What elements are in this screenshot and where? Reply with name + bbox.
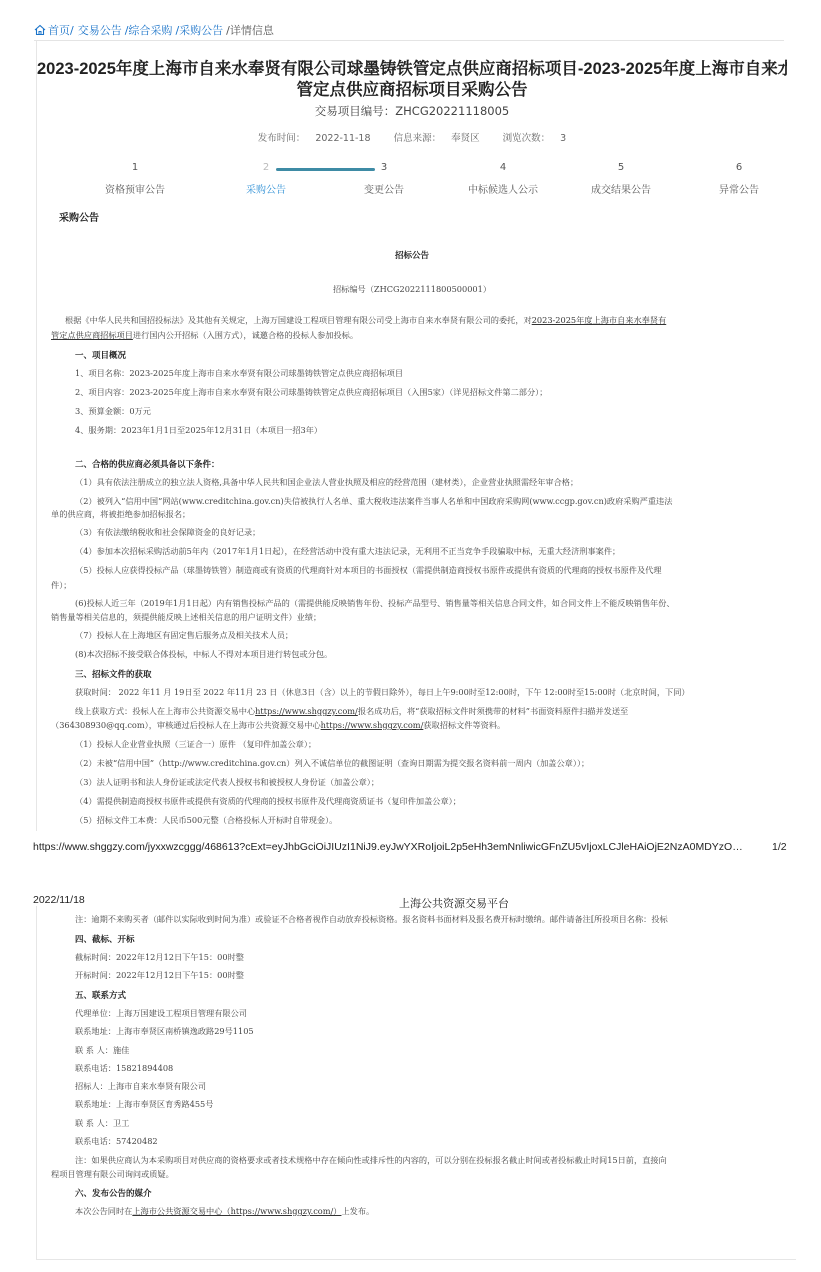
publish-time: 发布时间：2022-11-18: [253, 133, 376, 144]
breadcrumb-comprehensive-procurement[interactable]: /综合采购: [125, 22, 173, 38]
s1-item: 2、项目内容：2023-2025年度上海市自来水奉贤有限公司球墨铸铁管定点供应商…: [75, 387, 547, 398]
note-challenge: 注：如果供应商认为本采购项目对供应商的资格要求或者技术规格中存在倾向性或排斥性的…: [75, 1155, 787, 1166]
intro-paragraph: 根据《中华人民共和国招投标法》及其他有关规定，上海万国建设工程项目管理有限公司受…: [65, 315, 787, 326]
s2-item: （2）被列入“信用中国”网站(www.creditchina.gov.cn)失信…: [75, 496, 787, 507]
print-footer-page: 1/2: [772, 841, 787, 853]
online-acquisition: 线上获取方式：投标人在上海市公共资源交易中心https://www.shggzy…: [75, 706, 787, 717]
intro-paragraph-cont: 管定点供应商招标项目进行国内公开招标（入围方式），诚邀合格的投标人参加投标。: [51, 330, 787, 341]
media-line: 本次公告同时在上海市公共资源交易中心（https://www.shggzy.co…: [75, 1206, 374, 1217]
online-acquisition-cont: （364308930@qq.com），审核通过后投标人在上海市公共资源交易中心h…: [51, 720, 787, 731]
project-number-label: 交易项目编号：: [315, 104, 396, 118]
step-procurement-notice[interactable]: 2 采购公告: [206, 161, 326, 198]
step-abnormal-notice[interactable]: 6 异常公告: [679, 161, 796, 198]
breadcrumb-detail: /详情信息: [226, 22, 274, 38]
s2-item: （7）投标人在上海地区有固定售后服务点及相关技术人员；: [75, 630, 293, 641]
page-title: 2023-2025年度上海市自来水奉贤有限公司球墨铸铁管定点供应商招标项目-20…: [37, 59, 787, 101]
project-link[interactable]: 2023-2025年度上海市自来水奉贤有: [532, 315, 667, 325]
print-footer-url: https://www.shggzy.com/jyxxwzcggg/468613…: [33, 841, 758, 853]
contact-line: 联系电话：57420482: [75, 1136, 158, 1147]
note-challenge-cont: 程项目管理有限公司询问或质疑。: [51, 1169, 174, 1180]
open-time: 开标时间：2022年12月12日下午15：00时整: [75, 970, 244, 981]
bid-number: 招标编号（ZHCG2022111800500001）: [37, 284, 787, 295]
section-title: 采购公告: [59, 209, 99, 224]
breadcrumb-trade-notices[interactable]: 交易公告: [78, 22, 122, 38]
s2-item-cont: 件）；: [51, 580, 71, 591]
s2-item: （3）有依法缴纳税收和社会保障资金的良好记录；: [75, 527, 260, 538]
section-2-title: 二、合格的供应商必须具备以下条件：: [75, 458, 220, 470]
s3-item: （4）需提供制造商授权书原件或提供有资质的代理商的授权书原件及代理商资质证书（复…: [75, 796, 461, 807]
contact-line: 代理单位：上海万国建设工程项目管理有限公司: [75, 1008, 247, 1019]
doc-heading: 招标公告: [37, 249, 787, 261]
notice-stage-steps: 1 资格预审公告 2 采购公告 3 变更公告 4 中标候选人公示 5 成交结果公…: [37, 161, 796, 201]
project-number: 交易项目编号：ZHCG20221118005: [37, 103, 787, 119]
step-change-notice[interactable]: 3 变更公告: [324, 161, 444, 198]
section-3-title: 三、招标文件的获取: [75, 668, 152, 680]
s3-item: （2）未被“信用中国”（http://www.creditchina.gov.c…: [75, 758, 589, 769]
s3-item: （5）招标文件工本费：人民币500元整（合格投标人开标时自带现金）。: [75, 815, 337, 826]
step-prequalification[interactable]: 1 资格预审公告: [75, 161, 195, 198]
s2-item: (8)本次招标不接受联合体投标，中标人不得对本项目进行转包或分包。: [75, 649, 332, 660]
s1-item: 4、服务期：2023年1月1日至2025年12月31日（本项目一招3年）: [75, 425, 322, 436]
shggzy-link[interactable]: https://www.shggzy.com/: [321, 720, 424, 730]
s2-item: （5）投标人应获得投标产品（球墨铸铁管）制造商或有资质的代理商针对本项目的书面授…: [75, 565, 787, 576]
section-4-title: 四、截标、开标: [75, 933, 135, 945]
breadcrumb-home[interactable]: 首页/: [48, 22, 74, 38]
s1-item: 1、项目名称：2023-2025年度上海市自来水奉贤有限公司球墨铸铁管定点供应商…: [75, 368, 403, 379]
project-link-cont[interactable]: 管定点供应商招标项目: [51, 330, 133, 340]
page-title-line-2: 管定点供应商招标项目采购公告: [37, 80, 787, 101]
s2-item-cont: 销售量等相关信息的，须提供能反映上述相关信息的用户证明文件）业绩；: [51, 612, 787, 623]
project-number-value: ZHCG20221118005: [395, 104, 509, 118]
step-result-notice[interactable]: 5 成交结果公告: [561, 161, 681, 198]
section-5-title: 五、联系方式: [75, 989, 126, 1001]
contact-line: 招标人：上海市自来水奉贤有限公司: [75, 1081, 206, 1092]
notice-page-1: 2023-2025年度上海市自来水奉贤有限公司球墨铸铁管定点供应商招标项目-20…: [36, 41, 796, 831]
s2-item: （1）具有依法注册成立的独立法人资格,具备中华人民共和国企业法人营业执照及相应的…: [75, 477, 787, 488]
s2-item: （4）参加本次招标采购活动前5年内（2017年1月1日起），在经营活动中没有重大…: [75, 546, 787, 557]
contact-line: 联系电话：15821894408: [75, 1063, 173, 1074]
close-time: 截标时间：2022年12月12日下午15：00时整: [75, 952, 244, 963]
contact-line: 联 系 人：卫工: [75, 1118, 129, 1129]
s2-item-cont: 单的供应商，将被拒绝参加招标报名；: [51, 509, 787, 520]
contact-line: 联系地址：上海市奉贤区南桥镇逸政路29号1105: [75, 1026, 254, 1037]
step-candidate-publicity[interactable]: 4 中标候选人公示: [443, 161, 563, 198]
view-count: 浏览次数：3: [498, 133, 572, 144]
s1-item: 3、预算金额：0万元: [75, 406, 151, 417]
section-1-title: 一、项目概况: [75, 349, 126, 361]
page-title-line-1: 2023-2025年度上海市自来水奉贤有限公司球墨铸铁管定点供应商招标项目-20…: [37, 59, 787, 80]
s3-item: （3）法人证明书和法人身份证或法定代表人授权书和被授权人身份证（加盖公章）；: [75, 777, 379, 788]
contact-line: 联系地址：上海市奉贤区育秀路455号: [75, 1099, 213, 1110]
note-registration: 注：逾期不来购买者（邮件以实际收到时间为准）或验证不合格者视作自动放弃投标资格。…: [75, 914, 787, 925]
acquisition-time: 获取时间： 2022 年11 月 19日至 2022 年11月 23 日（休息3…: [75, 687, 787, 698]
info-source: 信息来源：奉贤区: [389, 133, 485, 144]
s3-item: （1）投标人企业营业执照（三证合一）原件 （复印件加盖公章）；: [75, 739, 316, 750]
contact-line: 联 系 人：施佳: [75, 1045, 129, 1056]
media-link[interactable]: 上海市公共资源交易中心（https://www.shggzy.com/）: [132, 1206, 341, 1216]
breadcrumb-procurement-notice[interactable]: /采购公告: [175, 22, 223, 38]
notice-page-2: 注：逾期不来购买者（邮件以实际收到时间为准）或验证不合格者视作自动放弃投标资格。…: [36, 906, 796, 1260]
section-6-title: 六、发布公告的媒介: [75, 1187, 152, 1199]
shggzy-link[interactable]: https://www.shggzy.com/: [255, 706, 358, 716]
breadcrumb: 首页/ 交易公告 /综合采购 /采购公告 /详情信息: [34, 22, 274, 38]
notice-meta: 发布时间：2022-11-18 信息来源：奉贤区 浏览次数：3: [37, 130, 787, 144]
s2-item: (6)投标人近三年（2019年1月1日起）内有销售投标产品的（需提供能反映销售年…: [75, 598, 787, 609]
home-icon[interactable]: [34, 24, 46, 36]
